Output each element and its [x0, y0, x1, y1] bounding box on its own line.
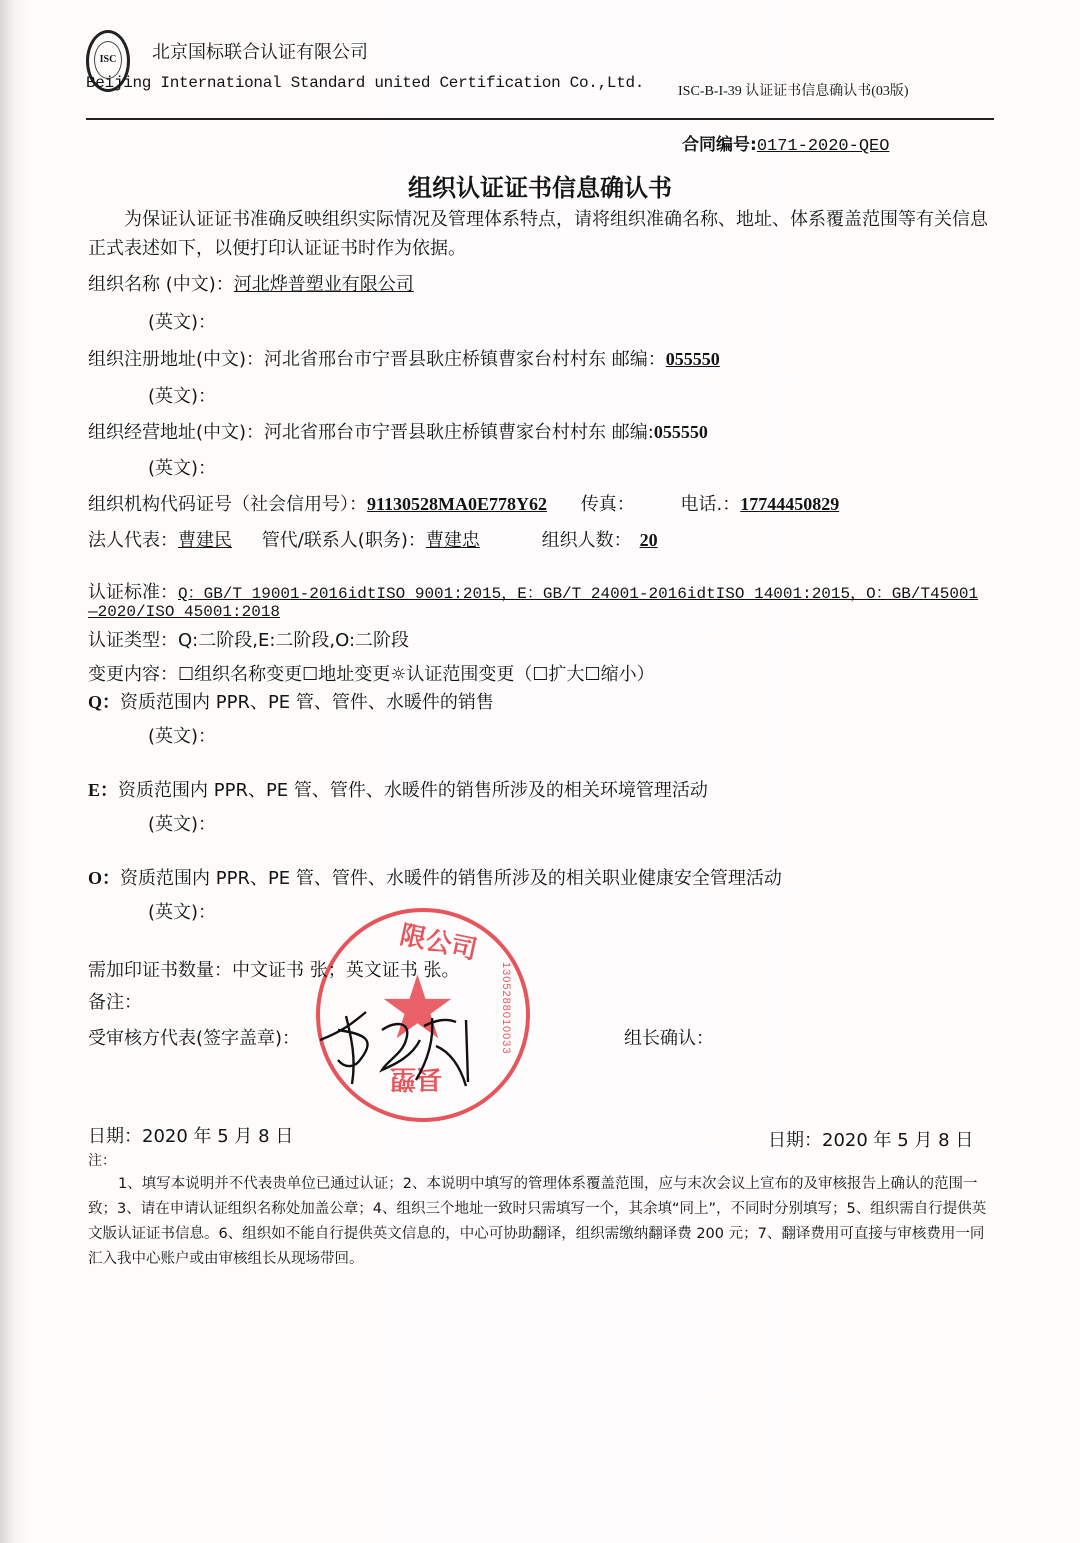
change-options: ☐组织名称变更☐地址变更☼认证范围变更（☐扩大☐缩小） — [178, 664, 655, 685]
scope-o-row: O：资质范围内 PPR、PE 管、管件、水暖件的销售所涉及的相关职业健康安全管理… — [88, 864, 782, 890]
date-left: 日期：2020 年 5 月 8 日 — [88, 1122, 293, 1148]
reg-address-value: 河北省邢台市宁晋县耿庄桥镇曹家台村村东 — [264, 349, 606, 370]
scope-e-prefix: E： — [88, 780, 118, 800]
page-title: 组织认证证书信息确认书 — [0, 168, 1080, 203]
form-code: ISC-B-I-39 认证证书信息确认书(03版) — [678, 80, 909, 100]
legal-rep-label: 法人代表： — [88, 530, 178, 551]
leader-confirm-label: 组长确认： — [624, 1024, 714, 1050]
remarks-label: 备注： — [88, 988, 142, 1014]
standard-row-2: —2020/ISO 45001:2018 — [88, 600, 280, 621]
scope-o-text: 资质范围内 PPR、PE 管、管件、水暖件的销售所涉及的相关职业健康安全管理活动 — [120, 868, 782, 889]
op-address-en-label: (英文)： — [148, 454, 216, 480]
contract-number: 合同编号:0171-2020-QEO — [682, 130, 901, 156]
org-code-row: 组织机构代码证号（社会信用号）：91130528MA0E778Y62 传真： 电… — [88, 490, 839, 516]
contract-value: 0171-2020-QEO — [757, 137, 902, 156]
cert-type-value: Q:二阶段,E:二阶段,O:二阶段 — [178, 630, 409, 651]
op-address-value: 河北省邢台市宁晋县耿庄桥镇曹家台村村东 — [264, 422, 606, 443]
org-name-row: 组织名称 (中文)：河北烨普塑业有限公司 — [88, 270, 414, 296]
intro-paragraph: 为保证认证证书准确反映组织实际情况及管理体系特点，请将组织准确名称、地址、体系覆… — [88, 205, 988, 263]
headcount-label: 组织人数： — [542, 530, 632, 551]
reg-zip-value: 055550 — [666, 349, 720, 369]
stamp-number: 1305288010033 — [500, 962, 512, 1055]
document-page: ISC 北京国标联合认证有限公司 Beijing International S… — [0, 0, 1080, 1543]
scope-q-text: 资质范围内 PPR、PE 管、管件、水暖件的销售 — [120, 692, 494, 713]
scope-o-prefix: O： — [88, 868, 120, 888]
company-name-cn: 北京国标联合认证有限公司 — [152, 38, 368, 64]
cert-type-row: 认证类型：Q:二阶段,E:二阶段,O:二阶段 — [88, 626, 409, 652]
company-name-en: Beijing International Standard united Ce… — [86, 74, 644, 92]
org-code-value: 91130528MA0E778Y62 — [367, 494, 547, 514]
scope-o-en-label: (英文)： — [148, 898, 216, 924]
reg-address-label: 组织注册地址(中文)： — [88, 349, 264, 370]
fax-label: 传真： — [581, 494, 635, 515]
contact-label: 管代/联系人(职务)： — [262, 530, 426, 551]
copies-row: 需加印证书数量：中文证书 张；英文证书 张。 — [88, 956, 459, 982]
op-zip-value: 055550 — [654, 422, 708, 442]
op-address-row: 组织经营地址(中文)：河北省邢台市宁晋县耿庄桥镇曹家台村村东 邮编:055550 — [88, 418, 708, 444]
date-right: 日期：2020 年 5 月 8 日 — [768, 1126, 973, 1152]
reg-address-en-label: (英文)： — [148, 382, 216, 408]
cert-type-label: 认证类型： — [88, 630, 178, 651]
handwritten-signature-icon — [316, 1000, 486, 1090]
change-row: 变更内容：☐组织名称变更☐地址变更☼认证范围变更（☐扩大☐缩小） — [88, 660, 655, 686]
scope-e-text: 资质范围内 PPR、PE 管、管件、水暖件的销售所涉及的相关环境管理活动 — [118, 780, 708, 801]
scope-q-prefix: Q： — [88, 692, 120, 712]
contact-value: 曹建忠 — [426, 530, 500, 551]
org-name-value: 河北烨普塑业有限公司 — [234, 274, 414, 295]
scope-q-en-label: (英文)： — [148, 722, 216, 748]
people-row: 法人代表：曹建民 管代/联系人(职务)：曹建忠 组织人数：20 — [88, 526, 658, 552]
scope-e-row: E：资质范围内 PPR、PE 管、管件、水暖件的销售所涉及的相关环境管理活动 — [88, 776, 708, 802]
phone-value: 17744450829 — [740, 494, 839, 514]
notes-label: 注： — [88, 1150, 116, 1170]
headcount-value: 20 — [640, 530, 658, 550]
phone-label: 电话.： — [680, 494, 740, 515]
contract-label: 合同编号: — [682, 135, 757, 155]
auditee-signature-label: 受审核方代表(签字盖章)： — [88, 1024, 300, 1050]
op-zip-label: 邮编: — [612, 422, 654, 443]
org-code-label: 组织机构代码证号（社会信用号）： — [88, 494, 367, 515]
scope-e-en-label: (英文)： — [148, 810, 216, 836]
op-address-label: 组织经营地址(中文)： — [88, 422, 264, 443]
org-name-en-label: (英文)： — [148, 308, 216, 334]
reg-zip-label: 邮编： — [612, 349, 666, 370]
change-label: 变更内容： — [88, 664, 178, 685]
reg-address-row: 组织注册地址(中文)：河北省邢台市宁晋县耿庄桥镇曹家台村村东 邮编：055550 — [88, 345, 720, 371]
org-name-label: 组织名称 (中文)： — [88, 274, 234, 295]
legal-rep-value: 曹建民 — [178, 530, 250, 551]
scope-q-row: Q：资质范围内 PPR、PE 管、管件、水暖件的销售 — [88, 688, 494, 714]
header-divider — [86, 118, 994, 120]
notes-paragraph: 1、填写本说明并不代表贵单位已通过认证；2、本说明中填写的管理体系覆盖范围，应与… — [88, 1172, 988, 1272]
standard-value-line1: Q：GB/T 19001-2016idtISO 9001:2015，E：GB/T… — [178, 585, 978, 603]
standard-value-line2: —2020/ISO 45001:2018 — [88, 603, 280, 621]
